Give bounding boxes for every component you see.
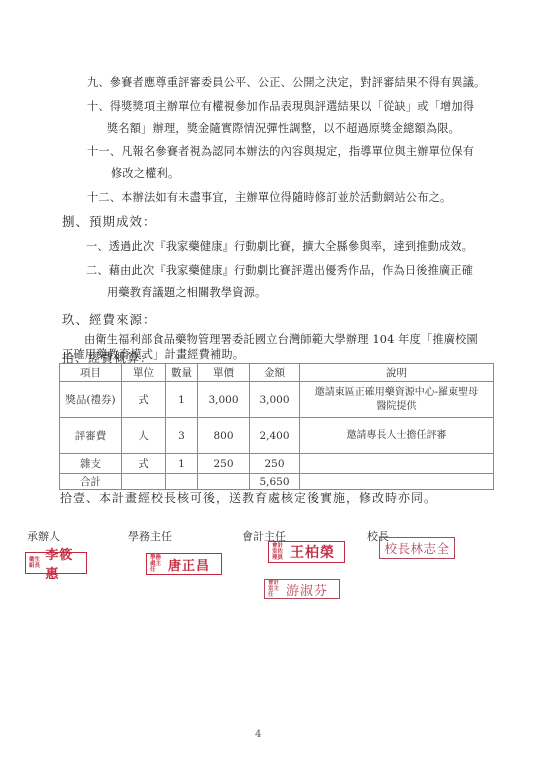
table-row: 獎品(禮券) 式 1 3,000 3,000 邀請東區正確用藥資源中心-羅東聖母… (60, 382, 494, 418)
stamp-name: 校長林志全 (384, 539, 449, 557)
stamp-accounting-director: 會計室主任 游淑芬 (264, 579, 340, 599)
expected-item-2: 二、藉由此次『我家藥健康』行動劇比賽評選出優秀作品，作為日後推廣正確 (86, 262, 473, 278)
rule-10-cont: 獎名額」辦理，獎金隨實際情況彈性調整，以不超過原獎金總額為限。 (107, 120, 460, 136)
stamp-title: 衛生組長 (29, 557, 43, 569)
stamp-name: 王柏榮 (290, 542, 335, 562)
stamp-name: 唐正昌 (168, 555, 210, 574)
closing-line: 拾壹、本計畫經校長核可後，送教育處核定後實施，修改時亦同。 (60, 489, 437, 506)
cell-price: 800 (198, 418, 250, 454)
stamp-title: 學務處主任 (150, 555, 166, 573)
table-row: 雜支 式 1 250 250 (60, 454, 494, 474)
rule-10: 十、得獎獎項主辦單位有權視參加作品表現與評選結果以「從缺」或「增加得 (87, 98, 474, 114)
budget-table: 項目 單位 數量 單價 金額 說明 獎品(禮券) 式 1 3,000 3,000… (59, 363, 494, 490)
cell-item: 雜支 (60, 454, 122, 474)
expected-item-1: 一、透過此次『我家藥健康』行動劇比賽，擴大全縣參與率，達到推動成效。 (86, 238, 473, 254)
cell-note (300, 454, 494, 474)
col-qty: 數量 (166, 364, 198, 382)
rule-9: 九、參賽者應尊重評審委員公平、公正、公開之決定，對評審結果不得有異議。 (87, 74, 486, 90)
stamp-name: 李筱惠 (45, 544, 83, 582)
stamp-accounting-clerk: 會計室佐理員 王柏榮 (268, 541, 345, 563)
cell-unit (122, 474, 166, 490)
cell-price (198, 474, 250, 490)
cell-note: 邀請專長人士擔任評審 (300, 418, 494, 454)
cell-note: 邀請東區正確用藥資源中心-羅東聖母醫院提供 (300, 382, 494, 418)
section-funding-heading: 玖、經費來源： (62, 310, 157, 328)
cell-unit: 式 (122, 454, 166, 474)
cell-price: 3,000 (198, 382, 250, 418)
cell-amount: 5,650 (250, 474, 300, 490)
cell-item: 評審費 (60, 418, 122, 454)
stamp-principal: 校長林志全 (379, 537, 455, 559)
rule-11: 十一、凡報名參賽者視為認同本辦法的內容與規定，指導單位與主辦單位保有 (87, 143, 474, 159)
cell-amount: 250 (250, 454, 300, 474)
table-row: 評審費 人 3 800 2,400 邀請專長人士擔任評審 (60, 418, 494, 454)
cell-qty (166, 474, 198, 490)
budget-header-row: 項目 單位 數量 單價 金額 說明 (60, 364, 494, 382)
page-number: 4 (255, 729, 261, 740)
stamp-name: 游淑芬 (286, 580, 328, 599)
table-row-total: 合計 5,650 (60, 474, 494, 490)
col-note: 說明 (300, 364, 494, 382)
col-price: 單價 (198, 364, 250, 382)
stamp-student-affairs: 學務處主任 唐正昌 (146, 553, 222, 575)
col-unit: 單位 (122, 364, 166, 382)
cell-unit: 式 (122, 382, 166, 418)
rule-12: 十二、本辦法如有未盡事宜，主辦單位得隨時修訂並於活動網站公布之。 (87, 189, 451, 205)
cell-note (300, 474, 494, 490)
col-item: 項目 (60, 364, 122, 382)
cell-item: 合計 (60, 474, 122, 490)
stamp-title: 會計室佐理員 (272, 543, 288, 561)
cell-qty: 1 (166, 382, 198, 418)
stamp-title: 會計室主任 (268, 580, 284, 598)
cell-unit: 人 (122, 418, 166, 454)
cell-amount: 3,000 (250, 382, 300, 418)
col-amount: 金額 (250, 364, 300, 382)
signature-label-student-affairs: 學務主任 (128, 528, 172, 544)
cell-item: 獎品(禮券) (60, 382, 122, 418)
section-expected-heading: 捌、預期成效： (62, 212, 157, 230)
expected-item-2-cont: 用藥教育議題之相關教學資源。 (107, 284, 266, 300)
cell-amount: 2,400 (250, 418, 300, 454)
stamp-handler: 衛生組長 李筱惠 (25, 552, 87, 574)
rule-11-cont: 修改之權利。 (111, 165, 179, 181)
funding-line-1: 由衛生福利部食品藥物管理署委託國立台灣師範大學辦理 104 年度「推廣校園 (84, 331, 478, 347)
cell-qty: 3 (166, 418, 198, 454)
cell-price: 250 (198, 454, 250, 474)
cell-qty: 1 (166, 454, 198, 474)
signature-label-handler: 承辦人 (27, 528, 60, 544)
